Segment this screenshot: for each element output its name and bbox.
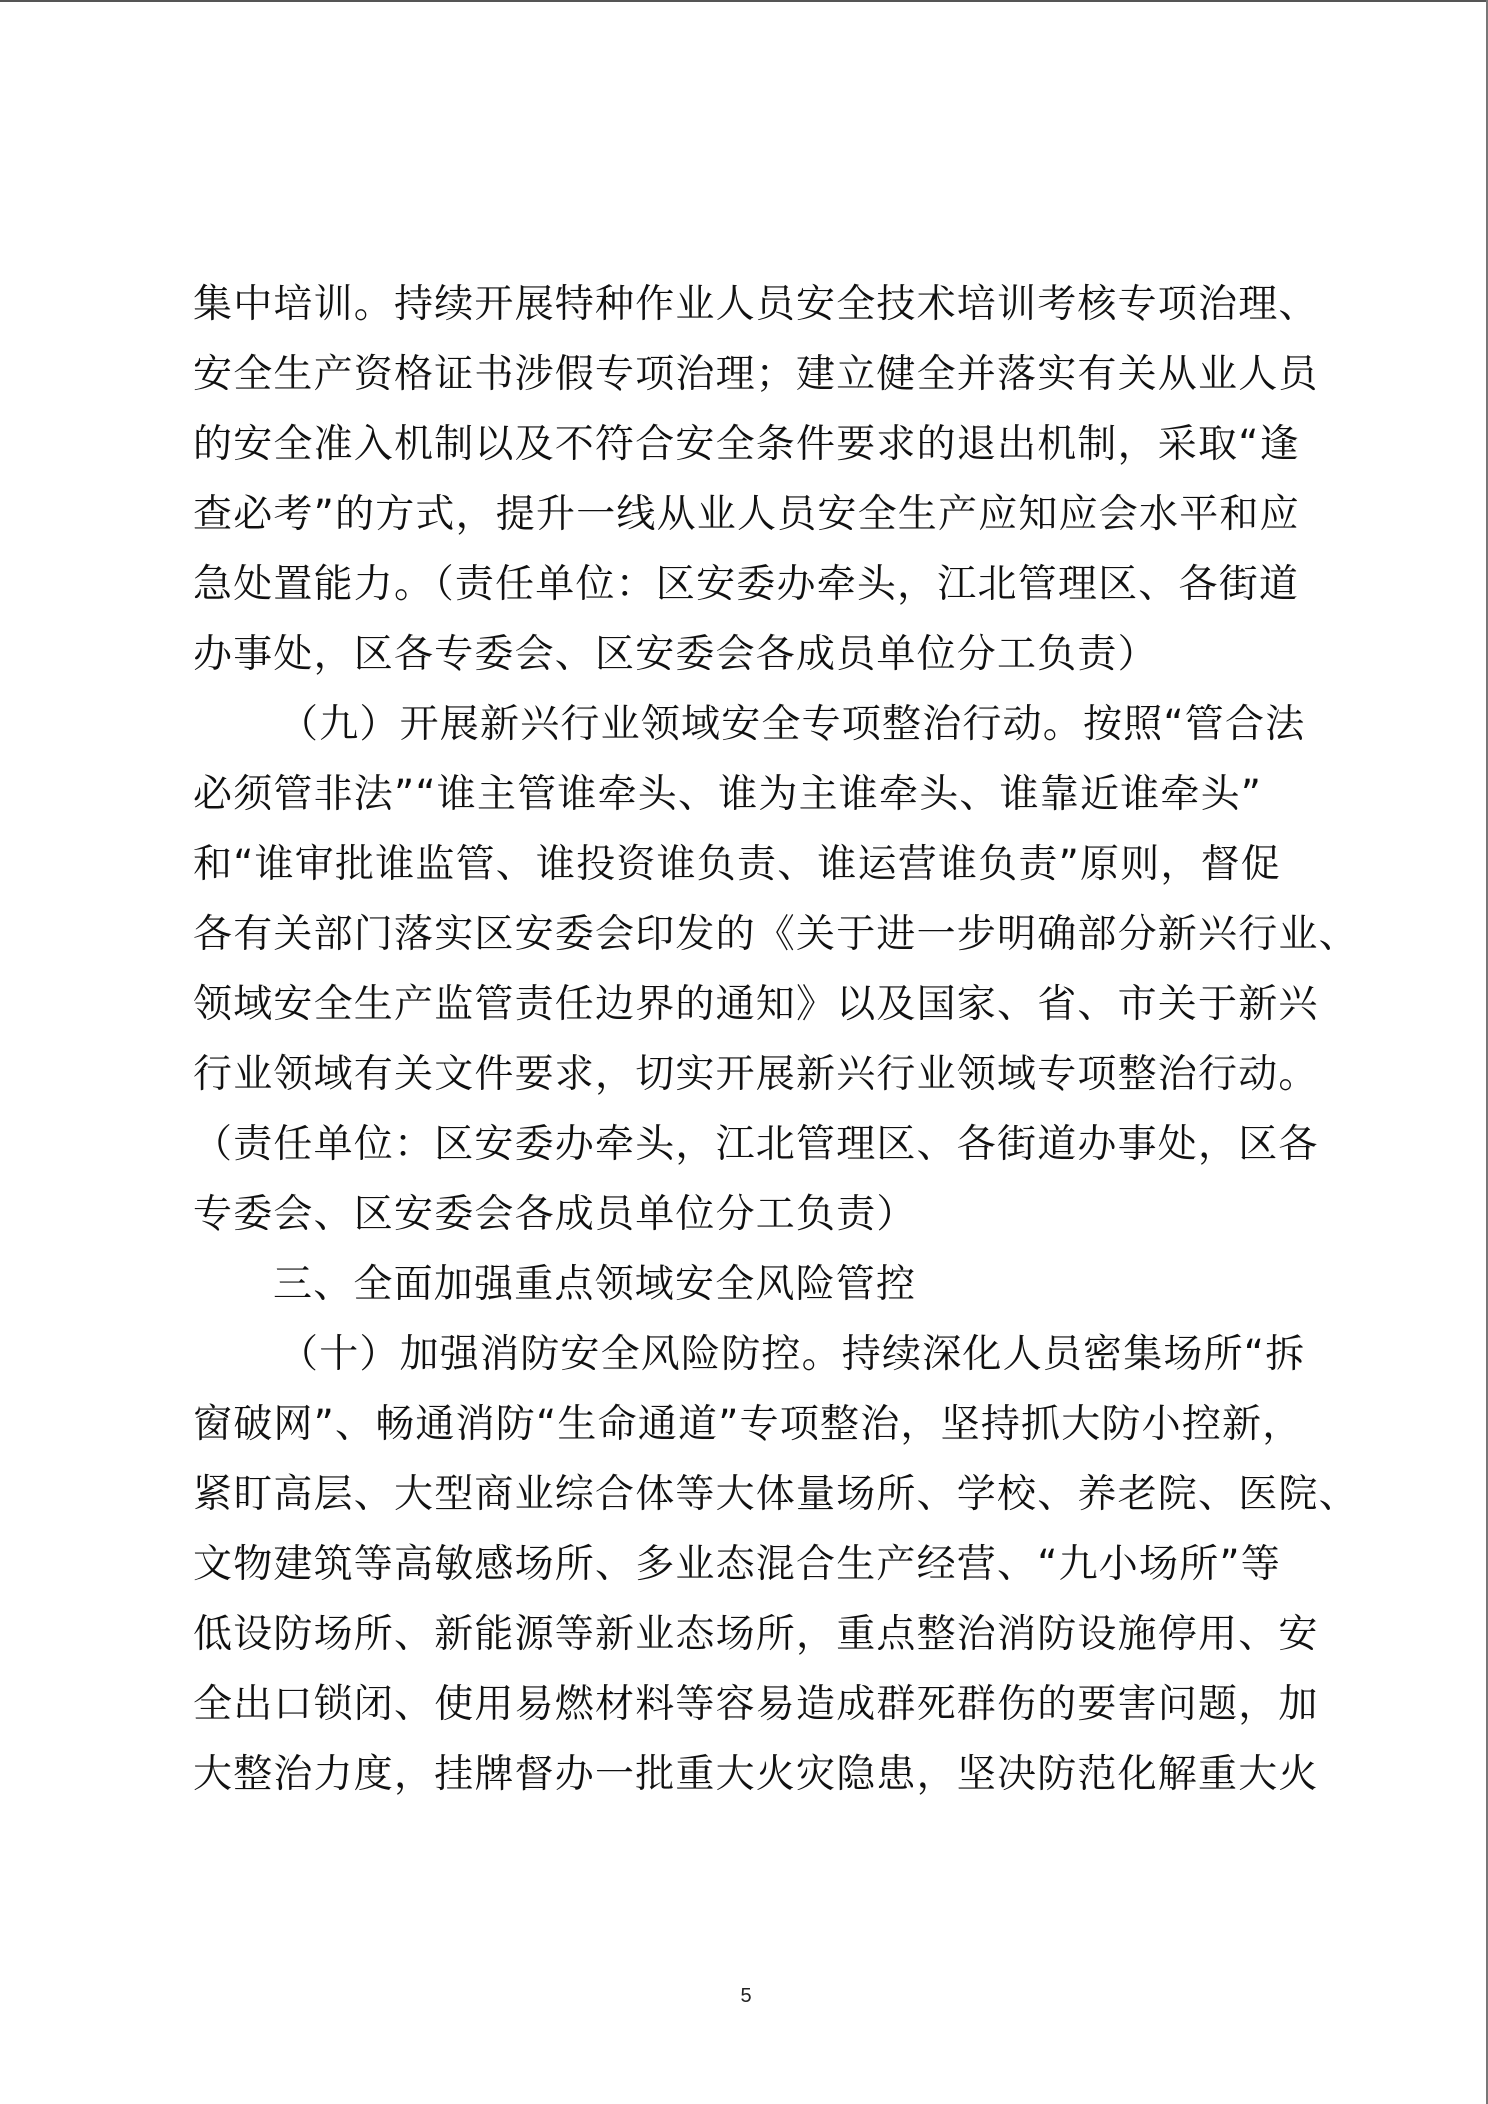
item-9-first-line: （九）开展新兴行业领域安全专项整治行动。按照“管合法: [193, 690, 1313, 760]
paragraph-line: 安全生产资格证书涉假专项治理；建立健全并落实有关从业人员: [193, 340, 1313, 410]
paragraph-line: 的安全准入机制以及不符合安全条件要求的退出机制，采取“逢: [193, 410, 1313, 480]
paragraph-line: 查必考”的方式，提升一线从业人员安全生产应知应会水平和应: [193, 480, 1313, 550]
section-heading: 三、全面加强重点领域安全风险管控: [193, 1250, 1313, 1320]
page-number: 5: [736, 1985, 756, 2008]
paragraph-line: 大整治力度，挂牌督办一批重大火灾隐患，坚决防范化解重大火: [193, 1740, 1313, 1810]
item-10-first-line: （十）加强消防安全风险防控。持续深化人员密集场所“拆: [193, 1320, 1313, 1390]
paragraph-line: 必须管非法”“谁主管谁牵头、谁为主谁牵头、谁靠近谁牵头”: [193, 760, 1313, 830]
paragraph-line: 紧盯高层、大型商业综合体等大体量场所、学校、养老院、医院、: [193, 1460, 1313, 1530]
paragraph-line: 低设防场所、新能源等新业态场所，重点整治消防设施停用、安: [193, 1600, 1313, 1670]
paragraph-line: 行业领域有关文件要求，切实开展新兴行业领域专项整治行动。: [193, 1040, 1313, 1110]
paragraph-line: 领域安全生产监管责任边界的通知》以及国家、省、市关于新兴: [193, 970, 1313, 1040]
paragraph-line: （责任单位：区安委办牵头，江北管理区、各街道办事处，区各: [193, 1110, 1313, 1180]
paragraph-line: 窗破网”、畅通消防“生命通道”专项整治，坚持抓大防小控新，: [193, 1390, 1313, 1460]
paragraph-line: 全出口锁闭、使用易燃材料等容易造成群死群伤的要害问题，加: [193, 1670, 1313, 1740]
document-body: 集中培训。持续开展特种作业人员安全技术培训考核专项治理、 安全生产资格证书涉假专…: [193, 270, 1313, 1810]
paragraph-line: 文物建筑等高敏感场所、多业态混合生产经营、“九小场所”等: [193, 1530, 1313, 1600]
paragraph-line: 急处置能力。（责任单位：区安委办牵头，江北管理区、各街道: [193, 550, 1313, 620]
paragraph-line: 各有关部门落实区安委会印发的《关于进一步明确部分新兴行业、: [193, 900, 1313, 970]
page-top-border: [0, 0, 1488, 2]
paragraph-line: 专委会、区安委会各成员单位分工负责）: [193, 1180, 1313, 1250]
paragraph-line: 集中培训。持续开展特种作业人员安全技术培训考核专项治理、: [193, 270, 1313, 340]
paragraph-line: 办事处，区各专委会、区安委会各成员单位分工负责）: [193, 620, 1313, 690]
paragraph-line: 和“谁审批谁监管、谁投资谁负责、谁运营谁负责”原则，督促: [193, 830, 1313, 900]
